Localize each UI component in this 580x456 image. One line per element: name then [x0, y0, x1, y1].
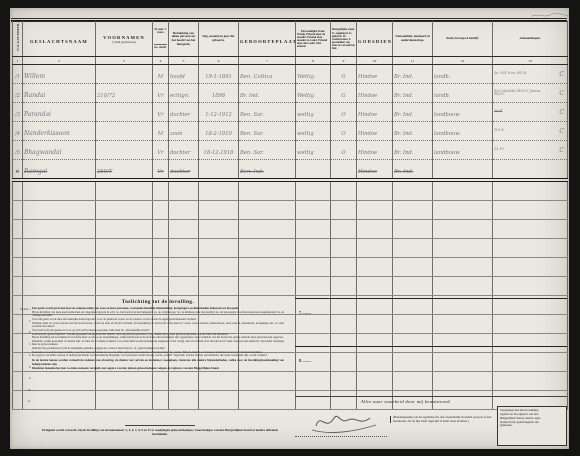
empty-cell — [296, 277, 331, 296]
row-5-cell-persoonlijke-staat: wettig — [296, 141, 331, 160]
empty-cell — [493, 201, 568, 220]
empty-cell — [433, 277, 493, 296]
row-5-cell-geboorteplaats: Ben. Sar. — [239, 141, 296, 160]
empty-cell — [493, 239, 568, 258]
row-3-cell-geslacht: Vr — [153, 103, 169, 122]
handwritten-value: dochter — [170, 112, 190, 118]
row-2-cell-geslachtsnaam: Randai — [23, 84, 96, 103]
empty-cell — [199, 201, 239, 220]
handwritten-value: Br. Ind. — [394, 112, 413, 118]
header-number-geboortedatum: 6 — [199, 57, 239, 65]
row-2-cell-geslacht: Vr — [153, 84, 169, 103]
row-1-cell-geslachtsnaam: Willem — [23, 65, 96, 84]
section-7: 7. —— — [295, 298, 567, 346]
header-label: Aanmerkingen. — [494, 37, 566, 41]
row-3-cell-persoonlijke-staat: wettig — [296, 103, 331, 122]
handwritten-value: wettig — [297, 112, 314, 118]
row-6-cell-aanmerkingen — [493, 160, 568, 181]
header-number-burgerlijke-staat: 9 — [331, 57, 357, 65]
handwritten-value: G — [341, 93, 345, 99]
row-3-cell-aanmerkingen: 16 HC — [493, 103, 568, 122]
empty-cell — [153, 372, 169, 391]
row-3-cell-burgerlijke-staat: O — [331, 103, 357, 122]
handwritten-value: Ben. Sar. — [240, 150, 264, 156]
empty-cell — [153, 220, 169, 239]
row-5-cell-aanmerkingen: 13.19C — [493, 141, 568, 160]
row-1-cell-geboortedatum: 19-1-1891 — [199, 65, 239, 84]
aanmerking-note: 3a. 933 b en 382 b — [494, 72, 526, 76]
section-7-label: 7. —— — [299, 310, 311, 315]
handwritten-value: landbouw — [434, 112, 460, 118]
margin-label: 10. — [15, 389, 31, 392]
empty-cell — [296, 180, 331, 201]
toelichting-margin-labels: Kolom 1.3.4.5.6.8.9.10.11. — [15, 308, 31, 403]
header-label: Burgerlijke staat.O. ongehuwd. G. gehuwd… — [332, 28, 355, 50]
empty-cell — [331, 277, 357, 296]
empty-cell — [153, 258, 169, 277]
row-1-cell-geboorteplaats: Ben. Cottica — [239, 65, 296, 84]
empty-cell — [169, 391, 199, 410]
handwritten-value: M — [158, 74, 163, 80]
empty-cell — [169, 180, 199, 201]
empty-cell — [239, 220, 296, 239]
margin-label: 6. — [15, 354, 31, 357]
empty-cell — [23, 201, 96, 220]
header-cell-geboorteplaats: GEBOORTEPLAATS — [239, 22, 296, 57]
row-6-cell-burgerlijke-staat — [331, 160, 357, 181]
aanmerking-mark: C — [559, 109, 566, 116]
empty-cell — [357, 239, 393, 258]
aanmerking-wrap: 101 bC — [494, 128, 566, 135]
empty-cell — [393, 180, 433, 201]
header-number-volgnummer: 1 — [13, 57, 23, 65]
empty-cell — [169, 201, 199, 220]
row-4-cell-godsdienst: Hindoe — [357, 122, 393, 141]
empty-row — [13, 239, 568, 258]
toelichting-closing: In de laatste kolom worden vermeld de re… — [32, 359, 284, 371]
empty-cell — [433, 258, 493, 277]
empty-cell — [199, 180, 239, 201]
empty-cell — [13, 180, 23, 201]
handwritten-value: Ben. Sar. — [240, 131, 264, 137]
header-label: GODSDIENST. — [358, 39, 393, 44]
empty-cell — [393, 239, 433, 258]
empty-cell — [96, 391, 153, 410]
row-1-cell-aanmerkingen: 3a. 933 b en 382 bC — [493, 65, 568, 84]
margin-label: 9. — [15, 377, 31, 380]
row-1-cell-voornamen — [96, 65, 153, 84]
empty-cell — [23, 180, 96, 201]
handwritten-value: Br. Ind. — [240, 93, 259, 99]
aanmerking-note: 9/o Calcutta 1893 V. Jamna 36/92 — [494, 90, 550, 97]
empty-cell — [13, 201, 23, 220]
header-sublabel: (voluit geschreven) — [97, 40, 151, 44]
empty-cell — [96, 220, 153, 239]
handwritten-value: 1898 — [212, 93, 225, 99]
empty-row — [13, 277, 568, 296]
row-4-cell-aanmerkingen: 101 bC — [493, 122, 568, 141]
empty-cell — [23, 372, 96, 391]
header-label: Persoonlijke Staat.Wettig. Erkend door d… — [297, 30, 329, 49]
handwritten-value: ∕1 — [15, 74, 20, 80]
photo-background: VOLGNUMMER.GESLACHTSNAAMVOORNAMEN(voluit… — [0, 0, 580, 456]
empty-cell — [493, 220, 568, 239]
header-cell-burgerlijke-staat: Burgerlijke staat.O. ongehuwd. G. gehuwd… — [331, 22, 357, 57]
handwritten-value: dochter — [170, 150, 190, 156]
empty-cell — [23, 391, 96, 410]
row-4-cell-geslacht: M — [153, 122, 169, 141]
row-2-cell-volgnummer: ∕2 — [13, 84, 23, 103]
row-1-cell-geslacht: M — [153, 65, 169, 84]
row-3-cell-beroep: landbouw — [433, 103, 493, 122]
empty-cell — [23, 239, 96, 258]
handwritten-value: Vr — [157, 112, 163, 118]
row-6-cell-betrekking: dochter — [169, 160, 199, 181]
empty-cell — [153, 239, 169, 258]
header-cell-nationaliteit: Nationaliteit, landaard of onderdaanscha… — [393, 22, 433, 57]
row-3-cell-betrekking: dochter — [169, 103, 199, 122]
empty-cell — [493, 277, 568, 296]
aanmerking-wrap: 3a. 933 b en 382 bC — [494, 71, 566, 78]
handwritten-value: 210/72 — [97, 93, 115, 99]
header-number-persoonlijke-staat: 8 — [296, 57, 331, 65]
handwritten-value: 1-12-1912 — [205, 112, 232, 118]
handwritten-value: zoon — [170, 131, 182, 137]
row-5-cell-godsdienst: Hindoe — [357, 141, 393, 160]
row-6-cell-volgnummer: 6 — [13, 160, 23, 181]
header-number-nationaliteit: 11 — [393, 57, 433, 65]
handwritten-value: 18-12-1918 — [204, 150, 234, 156]
row-4-cell-persoonlijke-staat: wettig — [296, 122, 331, 141]
empty-cell — [493, 180, 568, 201]
empty-cell — [331, 239, 357, 258]
row-4-cell-burgerlijke-staat: O — [331, 122, 357, 141]
aanmerking-mark: C — [559, 90, 566, 97]
empty-cell — [357, 180, 393, 201]
handwritten-value: ∕4 — [15, 131, 20, 137]
row-3-cell-geslachtsnaam: Parandai — [23, 103, 96, 122]
handwritten-value: ∕3 — [15, 112, 20, 118]
row-1-cell-godsdienst: Hindoe — [357, 65, 393, 84]
empty-cell — [433, 201, 493, 220]
handwritten-value: O — [341, 150, 345, 156]
empty-cell — [153, 180, 169, 201]
header-bottom: Ge- slacht. — [154, 45, 167, 50]
row-5-cell-geboortedatum: 18-12-1918 — [199, 141, 239, 160]
handwritten-value: Ben. Sar. — [240, 112, 264, 118]
handwritten-value: Parandai — [24, 111, 51, 118]
empty-cell — [153, 201, 169, 220]
row-2-cell-geboorteplaats: Br. Ind. — [239, 84, 296, 103]
empty-cell — [96, 258, 153, 277]
empty-cell — [239, 391, 296, 410]
margin-label: 3. — [15, 320, 31, 323]
table-row: 6Ramgai250/TVrdochterBen. Ind.HindoeBr. … — [13, 160, 568, 181]
stamp-line: gemeente. — [500, 424, 564, 428]
aanmerking-note: 16 H — [494, 110, 502, 114]
empty-cell — [96, 372, 153, 391]
empty-cell — [357, 277, 393, 296]
handwritten-value: O — [341, 131, 345, 137]
row-3-cell-voornamen — [96, 103, 153, 122]
handwritten-value: Hindoe — [358, 112, 377, 118]
row-5-cell-geslacht: Vr — [153, 141, 169, 160]
row-4-cell-geboortedatum: 18-2-1910 — [199, 122, 239, 141]
toelichting-closing-line: In de laatste kolom worden vermeld de re… — [32, 359, 284, 367]
header-cell-geslacht: M. man. V. vrouw.Ge- slacht. — [153, 22, 169, 57]
row-3-cell-volgnummer: ∕3 — [13, 103, 23, 122]
row-6-cell-voornamen: 250/T — [96, 160, 153, 181]
handwritten-value: Ben. Cottica — [240, 74, 272, 80]
handwritten-value: 6 — [16, 169, 19, 175]
row-5-cell-nationaliteit: Br. Ind. — [393, 141, 433, 160]
handwritten-value: Br. Ind. — [394, 150, 413, 156]
handwritten-value: ∕5 — [15, 150, 20, 156]
header-label: Dag, maand en jaar der geboorte. — [200, 35, 237, 42]
toelichting-block: Toelichting tot de invulling. Een gezin … — [32, 299, 284, 371]
header-number-geboorteplaats: 7 — [239, 57, 296, 65]
row-2-cell-aanmerkingen: 9/o Calcutta 1893 V. Jamna 36/92C — [493, 84, 568, 103]
handwritten-value: ∕2 — [15, 93, 20, 99]
handwritten-value: Hindoe — [358, 150, 377, 156]
empty-cell — [169, 258, 199, 277]
header-cell-volgnummer: VOLGNUMMER. — [13, 22, 23, 57]
handwritten-value: wettig — [297, 150, 314, 156]
header-number-betrekking: 5 — [169, 57, 199, 65]
empty-cell — [239, 277, 296, 296]
row-6-cell-godsdienst: Hindoe — [357, 160, 393, 181]
empty-cell — [96, 201, 153, 220]
row-1-cell-persoonlijke-staat: Wettig — [296, 65, 331, 84]
row-4-cell-geboorteplaats: Ben. Sar. — [239, 122, 296, 141]
empty-cell — [239, 372, 296, 391]
toelichting-lines: Bij de invulling van deze kaart neme men… — [32, 311, 284, 358]
row-5-cell-volgnummer: ∕5 — [13, 141, 23, 160]
row-1-cell-burgerlijke-staat: G — [331, 65, 357, 84]
header-label: Nationaliteit, landaard of onderdaanscha… — [394, 35, 431, 42]
empty-cell — [296, 220, 331, 239]
header-top: M. man. V. vrouw. — [154, 28, 167, 45]
empty-row — [13, 220, 568, 239]
signature-note: (Handteekening van het gezinshoofd, den … — [390, 416, 492, 423]
empty-row — [13, 258, 568, 277]
request-note: Dringend wordt verzocht, bij de invullin… — [40, 425, 280, 436]
handwritten-value: Hindoe — [358, 169, 377, 175]
header-cell-voornamen: VOORNAMEN(voluit geschreven) — [96, 22, 153, 57]
row-2-cell-nationaliteit: Br. Ind. — [393, 84, 433, 103]
handwritten-value: hoofd — [170, 74, 185, 80]
handwritten-value: landb. — [434, 93, 450, 99]
handwritten-value: dochter — [170, 169, 190, 175]
handwritten-value: O — [341, 112, 345, 118]
empty-cell — [199, 277, 239, 296]
section-8: 8. —— — [295, 346, 567, 396]
handwritten-value: Bhagwandai — [24, 149, 62, 156]
empty-cell — [393, 201, 433, 220]
empty-cell — [169, 277, 199, 296]
empty-cell — [199, 239, 239, 258]
empty-cell — [433, 180, 493, 201]
empty-cell — [153, 391, 169, 410]
handwritten-value: Br. Ind. — [394, 169, 413, 175]
aanmerking-wrap: 9/o Calcutta 1893 V. Jamna 36/92C — [494, 90, 566, 97]
margin-label: Kolom 1. — [15, 308, 31, 311]
row-3-cell-geboorteplaats: Ben. Sar. — [239, 103, 296, 122]
handwritten-value: Willem — [24, 73, 45, 80]
row-1-cell-nationaliteit: Br. Ind. — [393, 65, 433, 84]
row-4-cell-voornamen — [96, 122, 153, 141]
empty-cell — [296, 239, 331, 258]
toelichting-title: Toelichting tot de invulling. — [32, 299, 284, 305]
empty-cell — [239, 258, 296, 277]
handwritten-value: Hindoe — [358, 93, 377, 99]
row-2-cell-burgerlijke-staat: G — [331, 84, 357, 103]
row-1-cell-beroep: landb. — [433, 65, 493, 84]
empty-cell — [23, 258, 96, 277]
signature — [310, 408, 380, 436]
header-number-godsdienst: 10 — [357, 57, 393, 65]
header-number-aanmerkingen: 13 — [493, 57, 568, 65]
empty-cell — [296, 201, 331, 220]
handwritten-value: Wettig — [297, 74, 314, 80]
empty-cell — [96, 239, 153, 258]
request-note-text: Dringend wordt verzocht, bij de invullin… — [40, 428, 280, 436]
empty-cell — [13, 239, 23, 258]
handwritten-value: landbouw — [434, 131, 460, 137]
handwritten-value: 19-1-1891 — [205, 74, 232, 80]
row-1-cell-betrekking: hoofd — [169, 65, 199, 84]
stamp-box: Vergeleken met het bevolkings-register e… — [497, 406, 567, 446]
row-6-cell-nationaliteit: Br. Ind. — [393, 160, 433, 181]
row-5-cell-beroep: landbouw — [433, 141, 493, 160]
empty-cell — [169, 239, 199, 258]
header-label: GEBOORTEPLAATS — [240, 39, 296, 44]
section-8-label: 8. —— — [299, 358, 311, 363]
header-cell-aanmerkingen: Aanmerkingen. — [493, 22, 568, 57]
row-6-cell-geboorteplaats: Ben. Ind. — [239, 160, 296, 181]
empty-cell — [169, 220, 199, 239]
empty-cell — [433, 220, 493, 239]
empty-cell — [239, 239, 296, 258]
table-row: ∕3ParandaiVrdochter1-12-1912Ben. Sar.wet… — [13, 103, 568, 122]
handwritten-value: Nanderkissoon — [24, 130, 70, 137]
handwritten-value: Ramgai — [24, 168, 47, 175]
aanmerking-mark: C — [559, 147, 566, 154]
row-6-cell-geslachtsnaam: Ramgai — [23, 160, 96, 181]
empty-cell — [331, 220, 357, 239]
aanmerking-note: 101 b — [494, 129, 504, 133]
signature-line — [295, 436, 387, 437]
header-cell-geboortedatum: Dag, maand en jaar der geboorte. — [199, 22, 239, 57]
row-6-cell-geboortedatum — [199, 160, 239, 181]
header-cell-beroep: Ambt, beroep of bedrijf. — [433, 22, 493, 57]
row-6-cell-geslacht: Vr — [153, 160, 169, 181]
empty-cell — [331, 258, 357, 277]
aanmerking-wrap: 13.19C — [494, 147, 566, 154]
header-label: Betrekking van elken persoon tot het hoo… — [170, 32, 197, 47]
handwritten-value: Vr — [157, 150, 163, 156]
handwritten-value: M — [158, 131, 163, 137]
handwritten-value: Br. Ind. — [394, 131, 413, 137]
empty-cell — [433, 239, 493, 258]
row-1-cell-volgnummer: ∕1 — [13, 65, 23, 84]
row-5-cell-geslachtsnaam: Bhagwandai — [23, 141, 96, 160]
handwritten-value: echtgn. — [170, 93, 190, 99]
row-3-cell-nationaliteit: Br. Ind. — [393, 103, 433, 122]
header-label: GESLACHTSNAAM — [30, 39, 88, 44]
empty-cell — [96, 277, 153, 296]
row-5-cell-voornamen — [96, 141, 153, 160]
empty-cell — [296, 258, 331, 277]
empty-cell — [199, 258, 239, 277]
handwritten-value: 250/T — [97, 169, 112, 175]
header-cell-betrekking: Betrekking van elken persoon tot het hoo… — [169, 22, 199, 57]
row-4-cell-beroep: landbouw — [433, 122, 493, 141]
header-label: VOORNAMEN — [97, 35, 151, 40]
handwritten-value: Vr — [157, 169, 163, 175]
handwritten-value: Randai — [24, 92, 45, 99]
row-4-cell-volgnummer: ∕4 — [13, 122, 23, 141]
margin-label: 11. — [15, 400, 31, 403]
empty-cell — [199, 220, 239, 239]
empty-cell — [23, 277, 96, 296]
empty-cell — [13, 220, 23, 239]
row-2-cell-geboortedatum: 1898 — [199, 84, 239, 103]
empty-cell — [199, 391, 239, 410]
header-cell-persoonlijke-staat: Persoonlijke Staat.Wettig. Erkend door d… — [296, 22, 331, 57]
empty-row — [13, 180, 568, 201]
toelichting-closing-line: Kinderen beneden het jaar worden eveneen… — [32, 367, 284, 371]
row-2-cell-godsdienst: Hindoe — [357, 84, 393, 103]
margin-label: 5. — [15, 343, 31, 346]
row-2-cell-beroep: landb. — [433, 84, 493, 103]
handwritten-value: landbouw — [434, 150, 460, 156]
header-label: Ambt, beroep of bedrijf. — [434, 37, 491, 41]
aanmerking-note: 13.19 — [494, 148, 504, 152]
empty-cell — [239, 201, 296, 220]
empty-cell — [199, 372, 239, 391]
empty-cell — [331, 201, 357, 220]
empty-cell — [153, 277, 169, 296]
row-3-cell-godsdienst: Hindoe — [357, 103, 393, 122]
header-label: VOLGNUMMER. — [16, 22, 20, 51]
table-row: ∕5BhagwandaiVrdochter18-12-1918Ben. Sar.… — [13, 141, 568, 160]
row-2-cell-voornamen: 210/72 — [96, 84, 153, 103]
row-2-cell-betrekking: echtgn. — [169, 84, 199, 103]
handwritten-value: landb. — [434, 74, 450, 80]
row-6-cell-persoonlijke-staat — [296, 160, 331, 181]
handwritten-value: wettig — [297, 131, 314, 137]
empty-cell — [357, 201, 393, 220]
handwritten-value: Br. Ind. — [394, 93, 413, 99]
table-row: ∕4NanderkissoonMzoon18-2-1910Ben. Sar.we… — [13, 122, 568, 141]
empty-cell — [13, 277, 23, 296]
empty-cell — [393, 277, 433, 296]
empty-cell — [393, 258, 433, 277]
row-5-cell-burgerlijke-staat: O — [331, 141, 357, 160]
aanmerking-mark: C — [559, 71, 566, 78]
row-5-cell-betrekking: dochter — [169, 141, 199, 160]
aanmerking-wrap: 16 HC — [494, 109, 566, 116]
margin-label: 8. — [15, 366, 31, 369]
empty-cell — [13, 258, 23, 277]
row-4-cell-geslachtsnaam: Nanderkissoon — [23, 122, 96, 141]
row-3-cell-geboortedatum: 1-12-1912 — [199, 103, 239, 122]
empty-cell — [239, 180, 296, 201]
empty-cell — [393, 220, 433, 239]
handwritten-value: Hindoe — [358, 131, 377, 137]
empty-cell — [357, 220, 393, 239]
